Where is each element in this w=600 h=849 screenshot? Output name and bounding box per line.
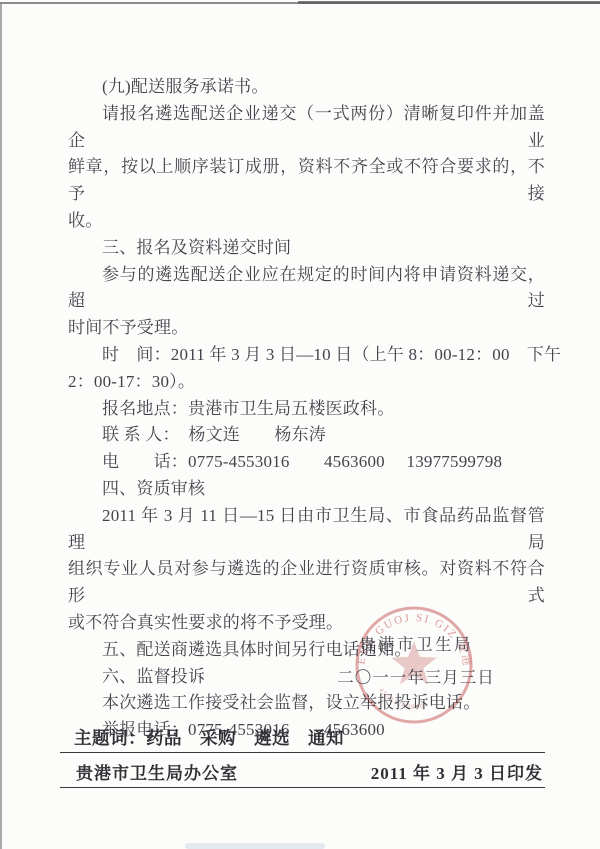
doc-section-heading: 四、资质审核 (68, 476, 545, 503)
doc-line: 参与的遴选配送企业应在规定的时间内将申请资料递交，超过 (68, 262, 545, 316)
doc-line: 收。 (68, 208, 545, 235)
issuer-row: 贵港市卫生局办公室 2011 年 3 月 3 日印发 (60, 753, 545, 788)
document-footer: 主题词：药品 采购 遴选 通知 贵港市卫生局办公室 2011 年 3 月 3 日… (60, 725, 545, 788)
print-date: 2011 年 3 月 3 日印发 (371, 759, 543, 784)
doc-line: 联 系 人： 杨文连 杨东涛 (68, 422, 545, 449)
signature-block: 贵港市卫生局 二〇一一年三月三日 (328, 631, 504, 688)
subject-keywords-row: 主题词：药品 采购 遴选 通知 (60, 725, 545, 753)
scanned-document-page: (九)配送服务承诺书。 请报名遴选配送企业递交（一式两份）清晰复印件并加盖企业 … (0, 0, 600, 849)
signature-date: 二〇一一年三月三日 (328, 664, 504, 688)
scan-edge-top-dark (298, 1, 600, 4)
scan-smudge (185, 843, 325, 849)
doc-line: 报名地点：贵港市卫生局五楼医政科。 (68, 396, 545, 423)
doc-line: 2：00-17：30）。 (68, 369, 545, 396)
doc-line: (九)配送服务承诺书。 (68, 74, 545, 101)
seal-serial-text: 45522200840 (377, 687, 425, 711)
doc-line: 2011 年 3 月 11 日—15 日由市卫生局、市食品药品监督管理局 (68, 503, 545, 557)
svg-text:45522200840: 45522200840 (377, 687, 425, 711)
doc-line: 时间不予受理。 (68, 315, 545, 342)
doc-line: 时 间：2011 年 3 月 3 日—10 日（上午 8：00-12：00 下午 (68, 342, 545, 369)
doc-line: 鲜章，按以上顺序装订成册，资料不齐全或不符合要求的，不予接 (68, 154, 545, 208)
doc-line: 请报名遴选配送企业递交（一式两份）清晰复印件并加盖企业 (68, 101, 545, 155)
scan-edge-left (0, 4, 2, 849)
signature-org: 贵港市卫生局 (328, 631, 504, 655)
issuer-office: 贵港市卫生局办公室 (76, 759, 238, 784)
doc-section-heading: 三、报名及资料递交时间 (68, 235, 545, 262)
doc-line: 电 话：0775-4553016 4563600 13977599798 (68, 449, 545, 476)
